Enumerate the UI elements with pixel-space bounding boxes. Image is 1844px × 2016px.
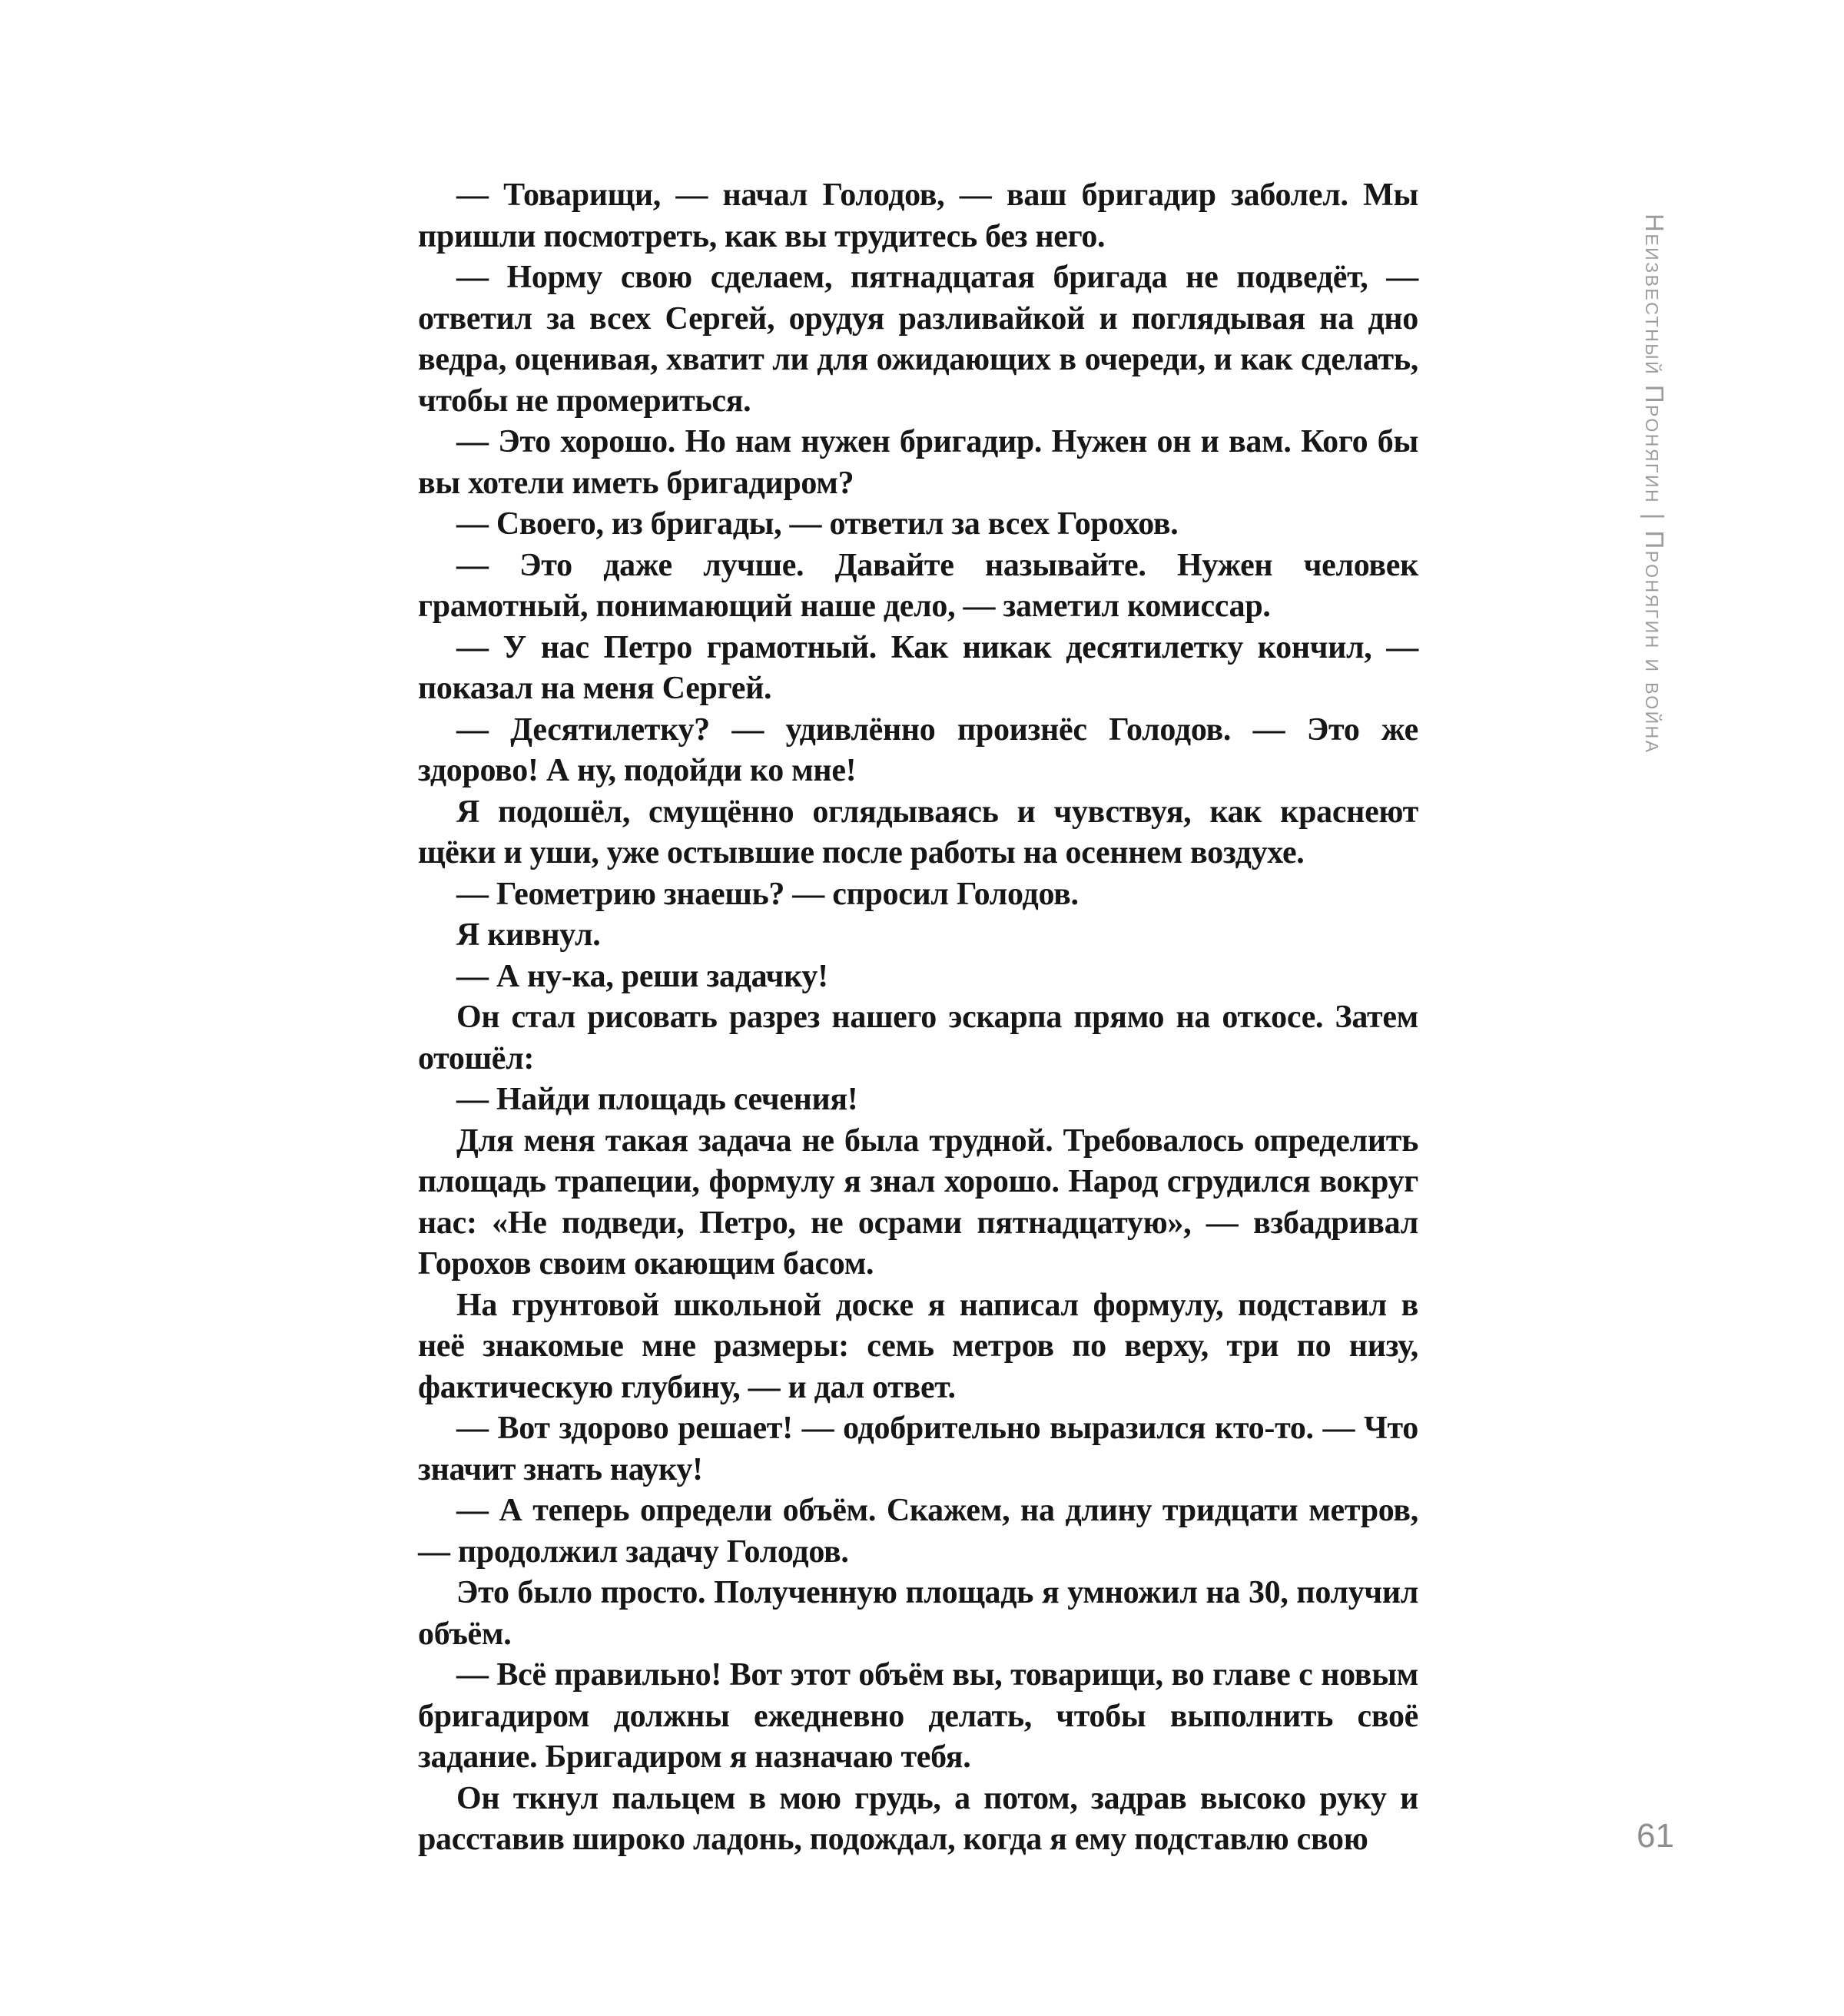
paragraph: — Норму свою сделаем, пятнадцатая бригад… <box>418 257 1418 422</box>
paragraph: Это было просто. Полученную площадь я ум… <box>418 1573 1418 1655</box>
paragraph: — Геометрию знаешь? — спросил Голодов. <box>418 874 1418 916</box>
paragraph: — Товарищи, — начал Голодов, — ваш брига… <box>418 175 1418 257</box>
paragraph: — Это хорошо. Но нам нужен бригадир. Нуж… <box>418 422 1418 504</box>
paragraph: — Найди площадь сечения! <box>418 1079 1418 1121</box>
paragraph: Он стал рисовать разрез нашего эскарпа п… <box>418 997 1418 1079</box>
paragraph: — У нас Петро грамотный. Как никак десят… <box>418 628 1418 710</box>
paragraph: — Всё правильно! Вот этот объём вы, това… <box>418 1655 1418 1779</box>
paragraph: Для меня такая задача не была трудной. Т… <box>418 1121 1418 1285</box>
book-page: — Товарищи, — начал Голодов, — ваш брига… <box>0 0 1844 2016</box>
paragraph: — Это даже лучше. Давайте называйте. Нуж… <box>418 545 1418 628</box>
paragraph: — Вот здорово решает! — одобрительно выр… <box>418 1408 1418 1490</box>
paragraph: — А теперь определи объём. Скажем, на дл… <box>418 1490 1418 1573</box>
paragraph: — Десятилетку? — удивлённо произнёс Голо… <box>418 710 1418 792</box>
paragraph: На грунтовой школьной доске я написал фо… <box>418 1285 1418 1409</box>
page-number: 61 <box>1637 1819 1674 1853</box>
paragraph: Он ткнул пальцем в мою грудь, а потом, з… <box>418 1779 1418 1861</box>
paragraph: — А ну-ка, реши задачку! <box>418 957 1418 998</box>
paragraph: Я кивнул. <box>418 915 1418 957</box>
paragraph: — Своего, из бригады, — ответил за всех … <box>418 504 1418 545</box>
body-text: — Товарищи, — начал Голодов, — ваш брига… <box>418 175 1418 1861</box>
paragraph: Я подошёл, смущённо оглядываясь и чувств… <box>418 792 1418 874</box>
margin-caption: Неизвестный Пронягин | Пронягин и война <box>1640 214 1669 813</box>
